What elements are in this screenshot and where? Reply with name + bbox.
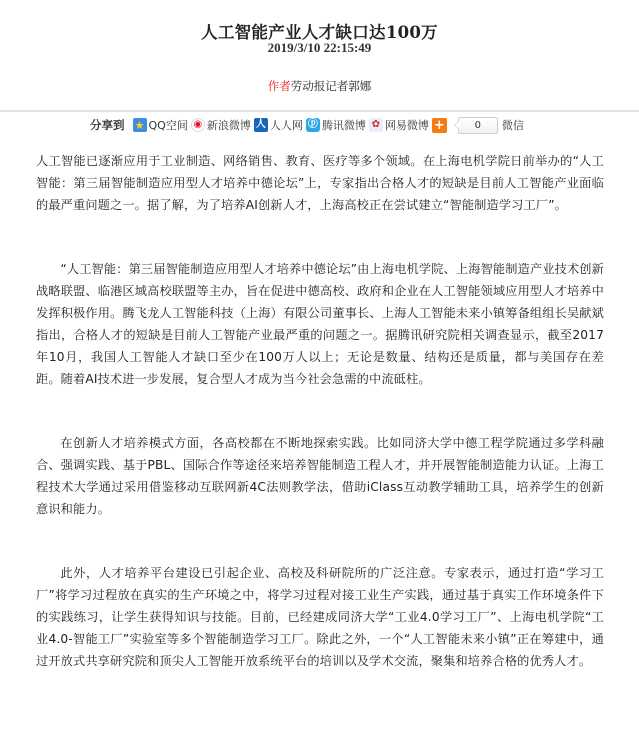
paragraph-spacer (36, 520, 604, 562)
sina-weibo-icon: ◉ (191, 118, 205, 132)
article-body: 人工智能已逐渐应用于工业制造、网络销售、教育、医疗等多个领域。在上海电机学院日前… (36, 150, 604, 672)
publish-datetime: 2019/3/10 22:15:49 (0, 40, 639, 56)
renren-icon: 人 (254, 118, 268, 132)
tencent-weibo-icon: ⓟ (306, 118, 320, 132)
article-paragraph: “人工智能：第三届智能制造应用型人才培养中德论坛”由上海电机学院、上海智能制造产… (36, 258, 604, 390)
paragraph-spacer (36, 216, 604, 258)
share-tencent-weibo-button[interactable]: ⓟ 腾讯微博 (306, 117, 366, 133)
share-netease-weibo-button[interactable]: ✿ 网易微博 (369, 117, 429, 133)
author-line: 作者劳动报记者郭娜 (0, 78, 639, 94)
qzone-icon: ★ (133, 118, 147, 132)
author-label: 作者 (268, 79, 291, 93)
share-renren-label: 人人网 (270, 117, 303, 133)
share-wechat-button[interactable]: 微信 (502, 117, 524, 133)
article-paragraph: 人工智能已逐渐应用于工业制造、网络销售、教育、医疗等多个领域。在上海电机学院日前… (36, 150, 604, 216)
share-qzone-button[interactable]: ★ QQ空间 (133, 117, 188, 133)
author-name: 劳动报记者郭娜 (291, 79, 372, 93)
share-more-button[interactable]: + (432, 118, 449, 133)
share-netease-weibo-label: 网易微博 (385, 117, 429, 133)
share-sina-weibo-button[interactable]: ◉ 新浪微博 (191, 117, 251, 133)
share-lead-label: 分享到 (90, 117, 125, 133)
share-count-badge: 0 (458, 117, 498, 134)
share-tencent-weibo-label: 腾讯微博 (322, 117, 366, 133)
article-paragraph: 此外，人才培养平台建设已引起企业、高校及科研院所的广泛注意。专家表示，通过打造“… (36, 562, 604, 672)
share-qzone-label: QQ空间 (149, 117, 188, 133)
article-paragraph: 在创新人才培养模式方面，各高校都在不断地探索实践。比如同济大学中德工程学院通过多… (36, 432, 604, 520)
share-sina-weibo-label: 新浪微博 (207, 117, 251, 133)
share-wechat-label: 微信 (502, 117, 524, 133)
paragraph-spacer (36, 390, 604, 432)
share-renren-button[interactable]: 人 人人网 (254, 117, 303, 133)
netease-weibo-icon: ✿ (369, 118, 383, 132)
header-divider (0, 110, 639, 112)
plus-icon: + (432, 118, 447, 133)
share-bar: 分享到 ★ QQ空间 ◉ 新浪微博 人 人人网 ⓟ 腾讯微博 ✿ 网易微博 + … (90, 116, 527, 134)
